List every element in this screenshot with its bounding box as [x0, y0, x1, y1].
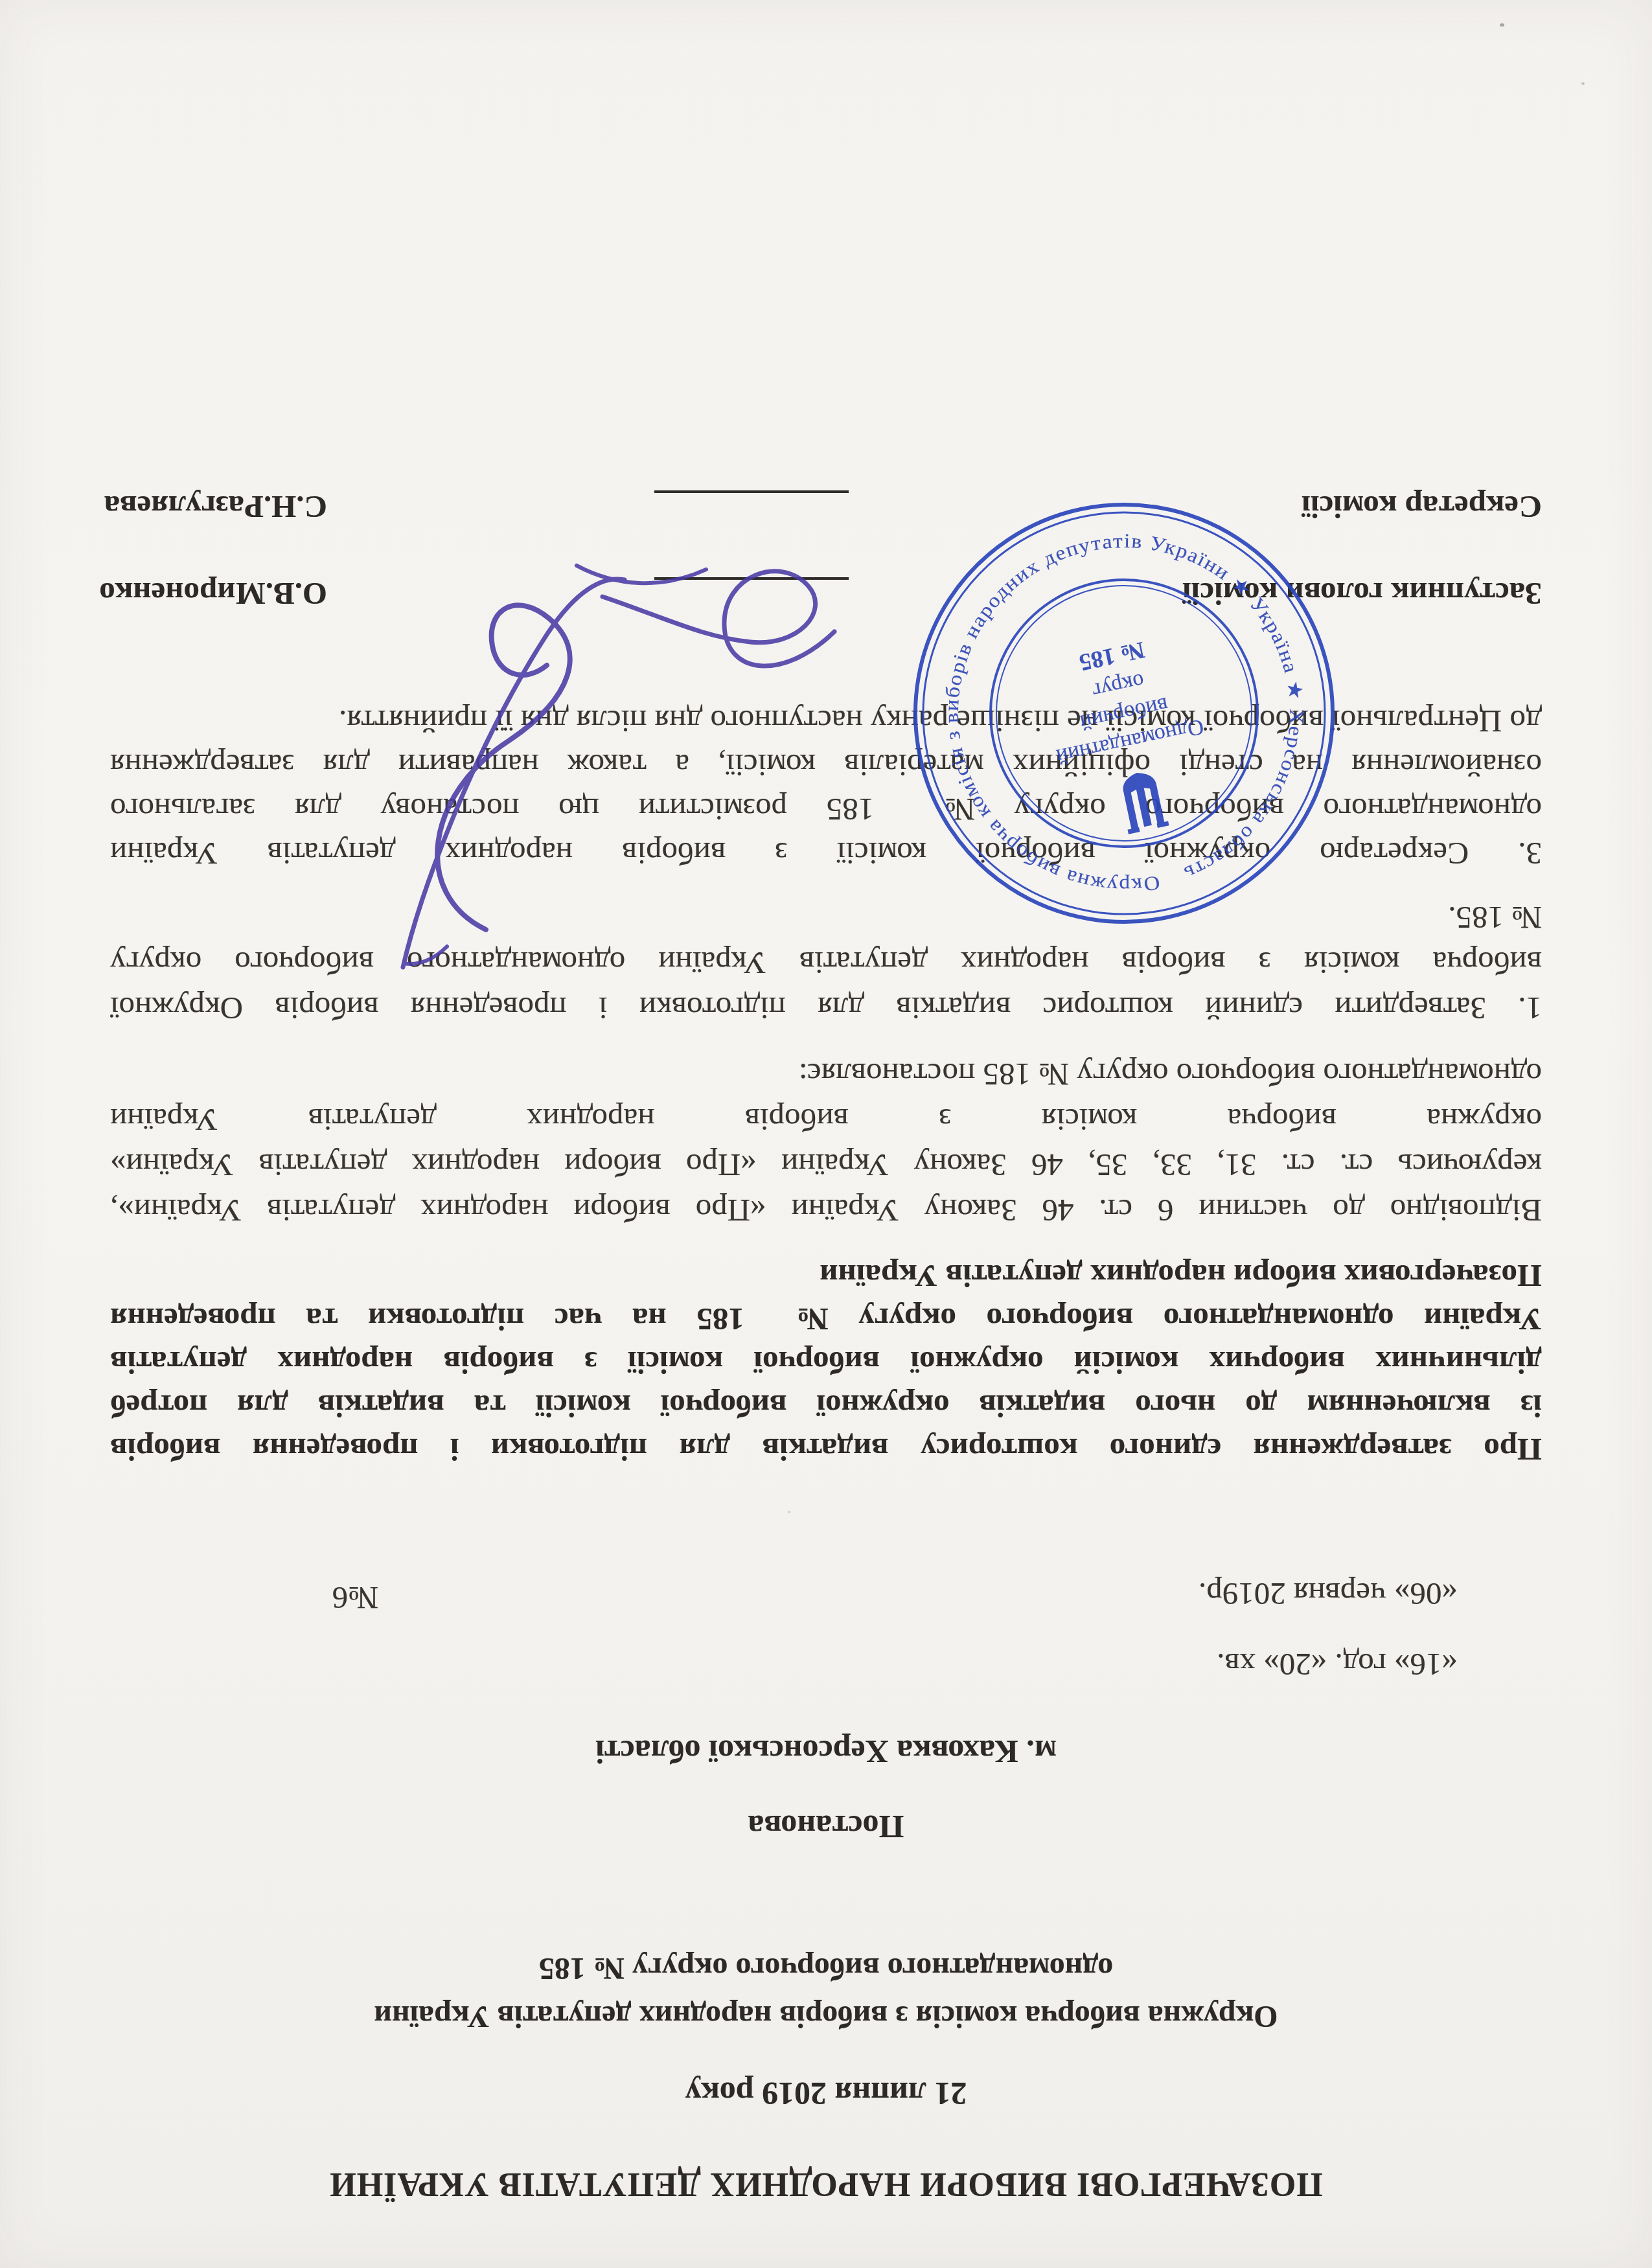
signature-name: О.В.Мироненко — [99, 575, 327, 612]
election-date-line: 21 липня 2019 року — [110, 2075, 1542, 2113]
place-line: м. Каховка Херсонської області — [110, 1733, 1542, 1770]
paragraph-line: України одномандатного виборчого округу … — [110, 1298, 1542, 1341]
paragraph-line: із включенням до нього видатків окружної… — [110, 1384, 1542, 1428]
paragraph-line: дільничних виборчих комісій окружної виб… — [110, 1341, 1542, 1384]
scan-speck — [788, 1511, 790, 1513]
subject-paragraph: Про затвердження єдиного кошторису видат… — [110, 1254, 1542, 1471]
paragraph-line: Позачергових вибори народних депутатів У… — [110, 1254, 1542, 1298]
signature-underline — [654, 490, 849, 519]
preamble-paragraph: Відповідно до частини 6 ст. 46 Закону Ук… — [110, 1051, 1542, 1233]
document-sheet: ПОЗАЧЕРГОВІ ВИБОРИ НАРОДНИХ ДЕПУТАТІВ УК… — [0, 0, 1652, 2268]
tryzub-icon — [1116, 768, 1169, 834]
act-type: Постанова — [110, 1808, 1542, 1846]
commission-name: Окружна виборча комісія з виборів народн… — [110, 1944, 1542, 2040]
paragraph-line: керуючись ст. ст. 31, 33, 35, 46 Закону … — [110, 1142, 1542, 1187]
time-line: «16» год. «20» хв. — [1217, 1646, 1458, 1683]
paragraph-line: Відповідно до частини 6 ст. 46 Закону Ук… — [110, 1187, 1542, 1233]
date-line: «06» червня 2019р. — [1199, 1575, 1458, 1612]
signature-name: С.Н.Разгуляева — [104, 488, 327, 525]
paragraph-line: 1. Затвердити єдиний кошторис видатків д… — [110, 985, 1542, 1031]
document-number: №6 — [332, 1579, 378, 1616]
scan-speck — [1581, 82, 1585, 85]
scanned-page-background: ПОЗАЧЕРГОВІ ВИБОРИ НАРОДНИХ ДЕПУТАТІВ УК… — [0, 0, 1652, 2268]
signature-title: Секретар комісії — [1302, 488, 1542, 525]
document-heading: ПОЗАЧЕРГОВІ ВИБОРИ НАРОДНИХ ДЕПУТАТІВ УК… — [110, 2165, 1542, 2203]
paragraph-line: Про затвердження єдиного кошторису видат… — [110, 1428, 1542, 1471]
commission-name-line1: Окружна виборча комісія з виборів народн… — [110, 1992, 1542, 2040]
paragraph-line: окружна виборча комісія з виборів народн… — [110, 1097, 1542, 1142]
scan-speck — [1500, 23, 1504, 27]
commission-name-line2: одномандатного виборчого округу № 185 — [110, 1944, 1542, 1992]
paragraph-line: одномандатного виборчого округу № 185 по… — [110, 1051, 1542, 1097]
stamp-center-line3: округ — [1090, 669, 1146, 703]
handwritten-signature — [356, 519, 939, 985]
